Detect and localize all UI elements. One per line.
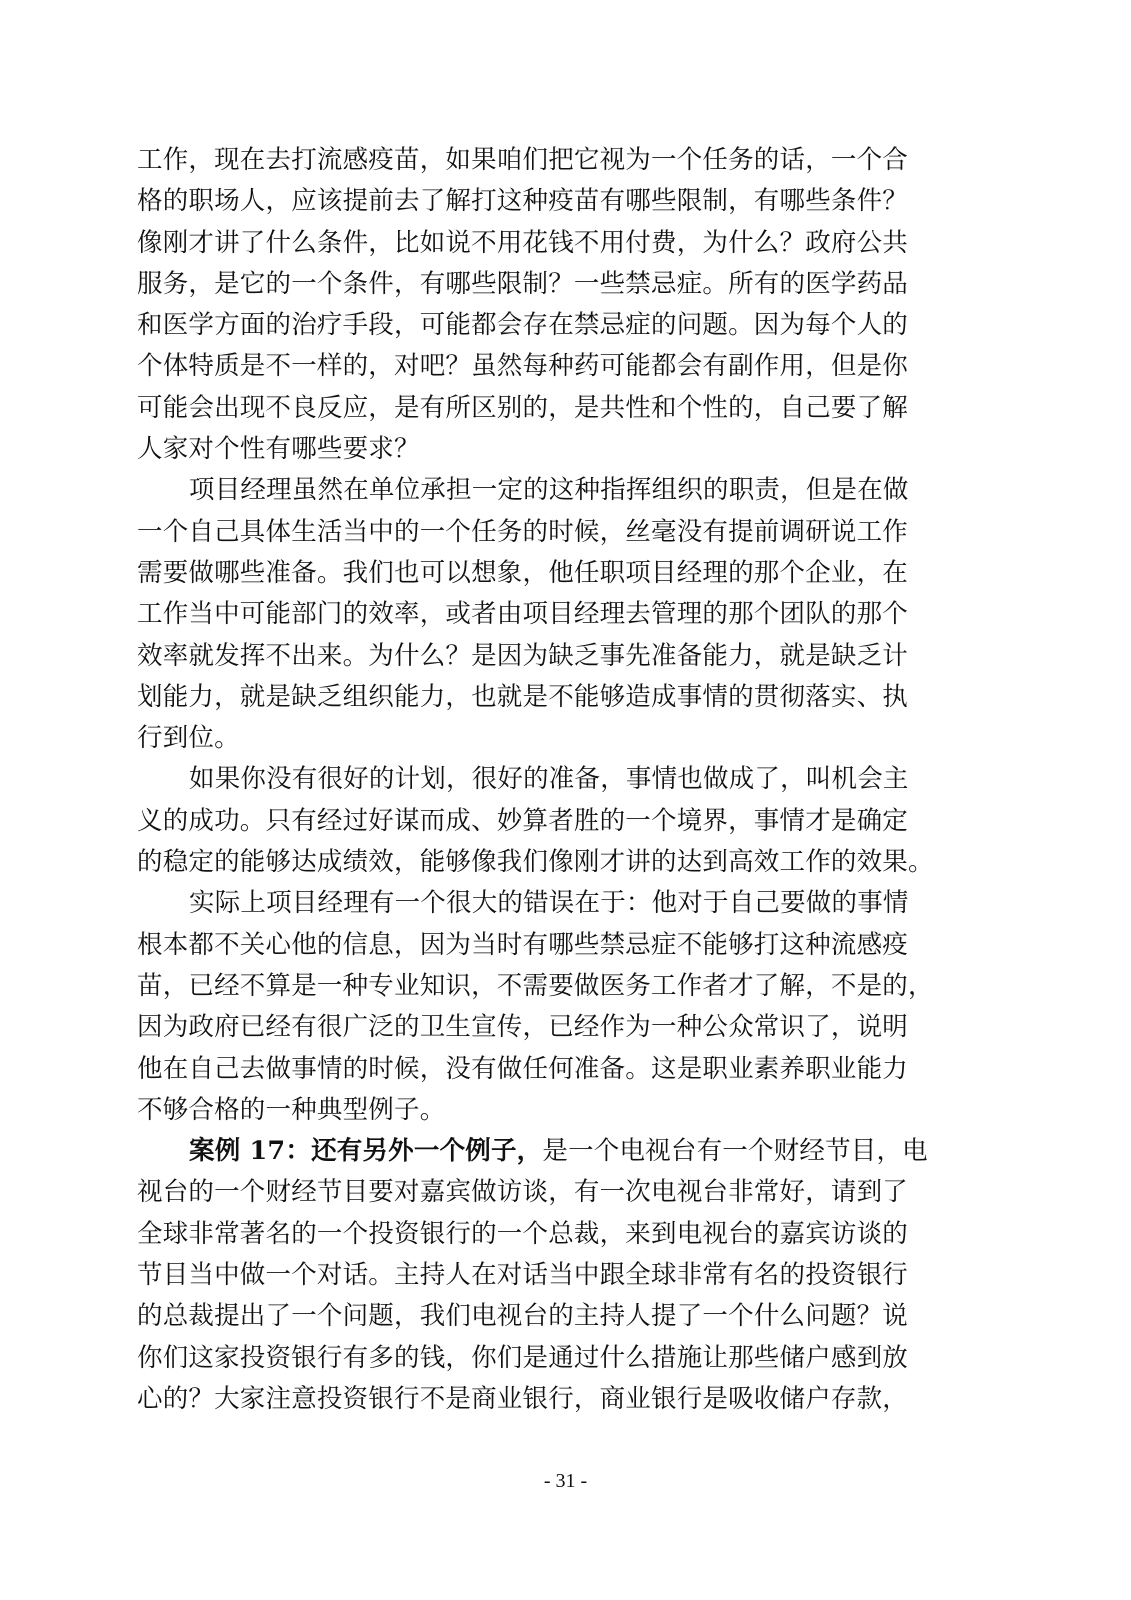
text-line: 不够合格的一种典型例子。 <box>137 1090 972 1131</box>
text-line: 需要做哪些准备。我们也可以想象，他任职项目经理的那个企业，在 <box>137 553 972 594</box>
text-line: 的稳定的能够达成绩效，能够像我们像刚才讲的达到高效工作的效果。 <box>137 842 972 883</box>
text-line: 个体特质是不一样的，对吧？虽然每种药可能都会有副作用，但是你 <box>137 346 972 387</box>
text-line: 工作，现在去打流感疫苗，如果咱们把它视为一个任务的话，一个合 <box>137 140 972 181</box>
text-line: 一个自己具体生活当中的一个任务的时候，丝毫没有提前调研说工作 <box>137 512 972 553</box>
text-line: 根本都不关心他的信息，因为当时有哪些禁忌症不能够打这种流感疫 <box>137 925 972 966</box>
case-heading: 案例 17：还有另外一个例子， <box>189 1136 542 1166</box>
text-line: 服务，是它的一个条件，有哪些限制？一些禁忌症。所有的医学药品 <box>137 264 972 305</box>
text-line: 苗，已经不算是一种专业知识，不需要做医务工作者才了解，不是的， <box>137 966 972 1007</box>
text-line: 像刚才讲了什么条件，比如说不用花钱不用付费，为什么？政府公共 <box>137 223 972 264</box>
text-line: 工作当中可能部门的效率，或者由项目经理去管理的那个团队的那个 <box>137 594 972 635</box>
paragraph-1: 工作，现在去打流感疫苗，如果咱们把它视为一个任务的话，一个合 格的职场人，应该提… <box>137 140 972 470</box>
text-line: 行到位。 <box>137 718 972 759</box>
text-line: 可能会出现不良反应，是有所区别的，是共性和个性的，自己要了解 <box>137 388 972 429</box>
page-number: - 31 - <box>0 1470 1131 1493</box>
text-line: 项目经理虽然在单位承担一定的这种指挥组织的职责，但是在做 <box>137 470 972 511</box>
document-page: 工作，现在去打流感疫苗，如果咱们把它视为一个任务的话，一个合 格的职场人，应该提… <box>137 140 972 1420</box>
text-line: 如果你没有很好的计划，很好的准备，事情也做成了，叫机会主 <box>137 759 972 800</box>
text-line: 案例 17：还有另外一个例子，是一个电视台有一个财经节目，电 <box>137 1131 972 1172</box>
text-line: 格的职场人，应该提前去了解打这种疫苗有哪些限制，有哪些条件？ <box>137 181 972 222</box>
text-line: 效率就发挥不出来。为什么？是因为缺乏事先准备能力，就是缺乏计 <box>137 636 972 677</box>
text-line: 划能力，就是缺乏组织能力，也就是不能够造成事情的贯彻落实、执 <box>137 677 972 718</box>
text-line: 的总裁提出了一个问题，我们电视台的主持人提了一个什么问题？说 <box>137 1296 972 1337</box>
text-line: 节目当中做一个对话。主持人在对话当中跟全球非常有名的投资银行 <box>137 1255 972 1296</box>
text-line: 心的？大家注意投资银行不是商业银行，商业银行是吸收储户存款， <box>137 1379 972 1420</box>
text-line: 义的成功。只有经过好谋而成、妙算者胜的一个境界，事情才是确定 <box>137 801 972 842</box>
text-line: 你们这家投资银行有多的钱，你们是通过什么措施让那些储户感到放 <box>137 1338 972 1379</box>
text-line: 因为政府已经有很广泛的卫生宣传，已经作为一种公众常识了，说明 <box>137 1007 972 1048</box>
paragraph-3: 如果你没有很好的计划，很好的准备，事情也做成了，叫机会主 义的成功。只有经过好谋… <box>137 759 972 883</box>
text-line: 和医学方面的治疗手段，可能都会存在禁忌症的问题。因为每个人的 <box>137 305 972 346</box>
text-line: 他在自己去做事情的时候，没有做任何准备。这是职业素养职业能力 <box>137 1049 972 1090</box>
paragraph-4: 实际上项目经理有一个很大的错误在于：他对于自己要做的事情 根本都不关心他的信息，… <box>137 883 972 1131</box>
text-line: 全球非常著名的一个投资银行的一个总裁，来到电视台的嘉宾访谈的 <box>137 1214 972 1255</box>
text-line: 实际上项目经理有一个很大的错误在于：他对于自己要做的事情 <box>137 883 972 924</box>
paragraph-2: 项目经理虽然在单位承担一定的这种指挥组织的职责，但是在做 一个自己具体生活当中的… <box>137 470 972 759</box>
text-line: 视台的一个财经节目要对嘉宾做访谈，有一次电视台非常好，请到了 <box>137 1172 972 1213</box>
text-line: 人家对个性有哪些要求？ <box>137 429 972 470</box>
case-text: 是一个电视台有一个财经节目，电 <box>542 1136 928 1166</box>
paragraph-case-17: 案例 17：还有另外一个例子，是一个电视台有一个财经节目，电 视台的一个财经节目… <box>137 1131 972 1420</box>
